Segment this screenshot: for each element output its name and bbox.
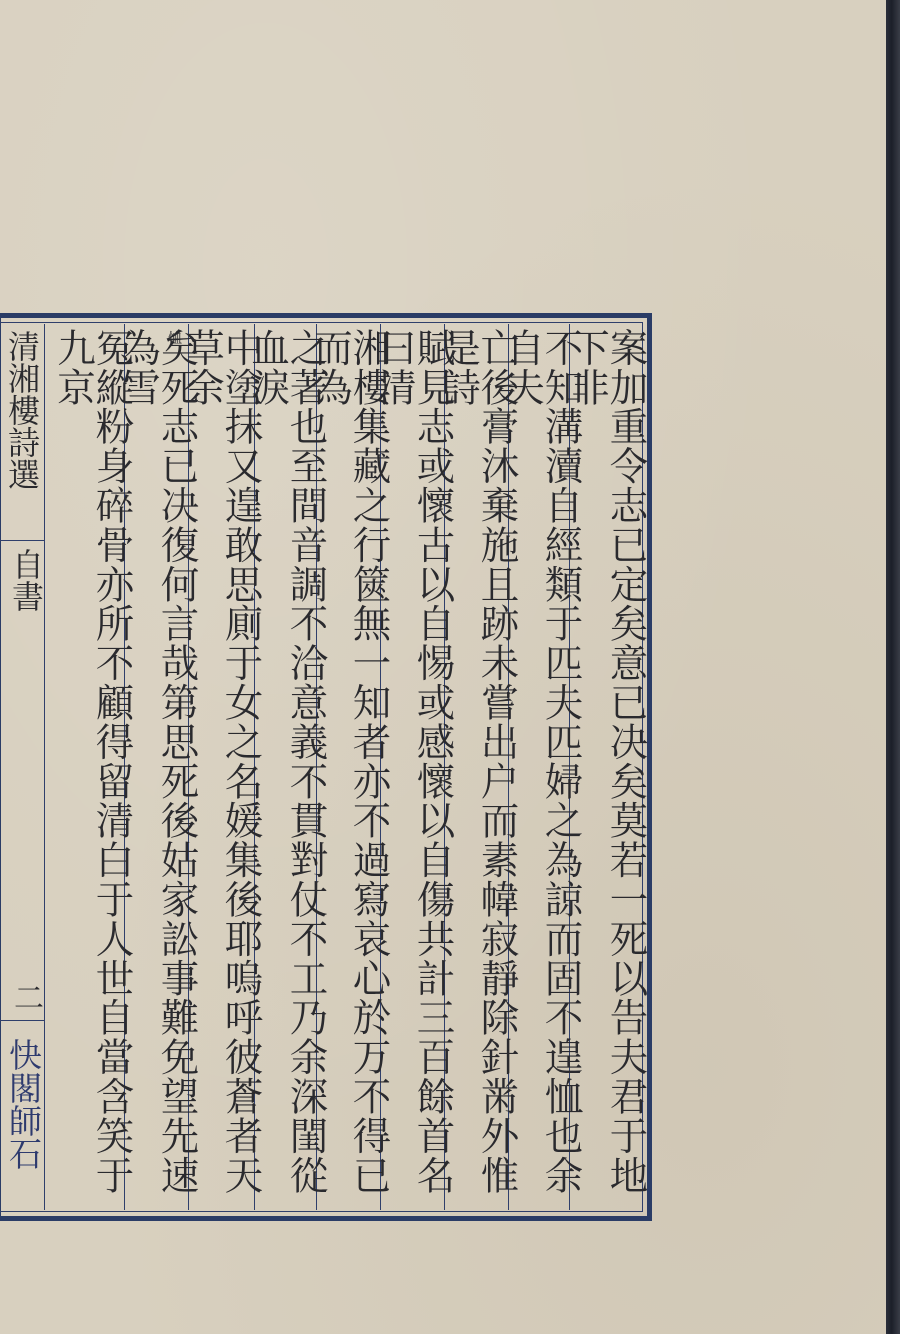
page-number: 二 [10,982,40,1012]
text-column-8: 矣死志已决復何言哉第思死後姑家訟事難免望先速為雪 [127,324,187,1210]
text-column-3: 亡後膏沐棄施且跡未嘗出户而素幃寂靜除針黹外惟是詩 [447,324,507,1210]
gutter-divider [0,540,44,541]
text-column-2: 不知溝瀆自經類于匹夫匹婦之為諒而固不遑恤也余自夫 [511,324,571,1210]
text-column-4: 賦見志或懷古以自惕或感懷以自傷共計三百餘首名曰清 [383,324,443,1210]
section-title: 自書 [10,548,42,612]
gutter-rule [44,324,45,1210]
margin-note: 恤 [168,328,182,348]
text-column-9: 冤縱粉身碎骨亦所不顧得留清白于人世自當含笑于九京 [62,324,122,1210]
book-edge [886,0,900,1334]
text-column-6: 之著也至間音調不洽意義不貫對仗不工乃余深閨從血淚 [256,324,316,1210]
book-title: 清湘樓詩選 [6,330,38,490]
text-column-7: 中塗抹又遑敢思廁于女之名媛集後耶嗚呼彼蒼者天草余 [191,324,251,1210]
text-column-1: 案加重令志已定矣意已决矣莫若一死以告夫君于地下非 [574,324,638,1210]
gutter-divider [0,1020,44,1021]
publisher-mark: 快閣師石 [7,1038,40,1170]
